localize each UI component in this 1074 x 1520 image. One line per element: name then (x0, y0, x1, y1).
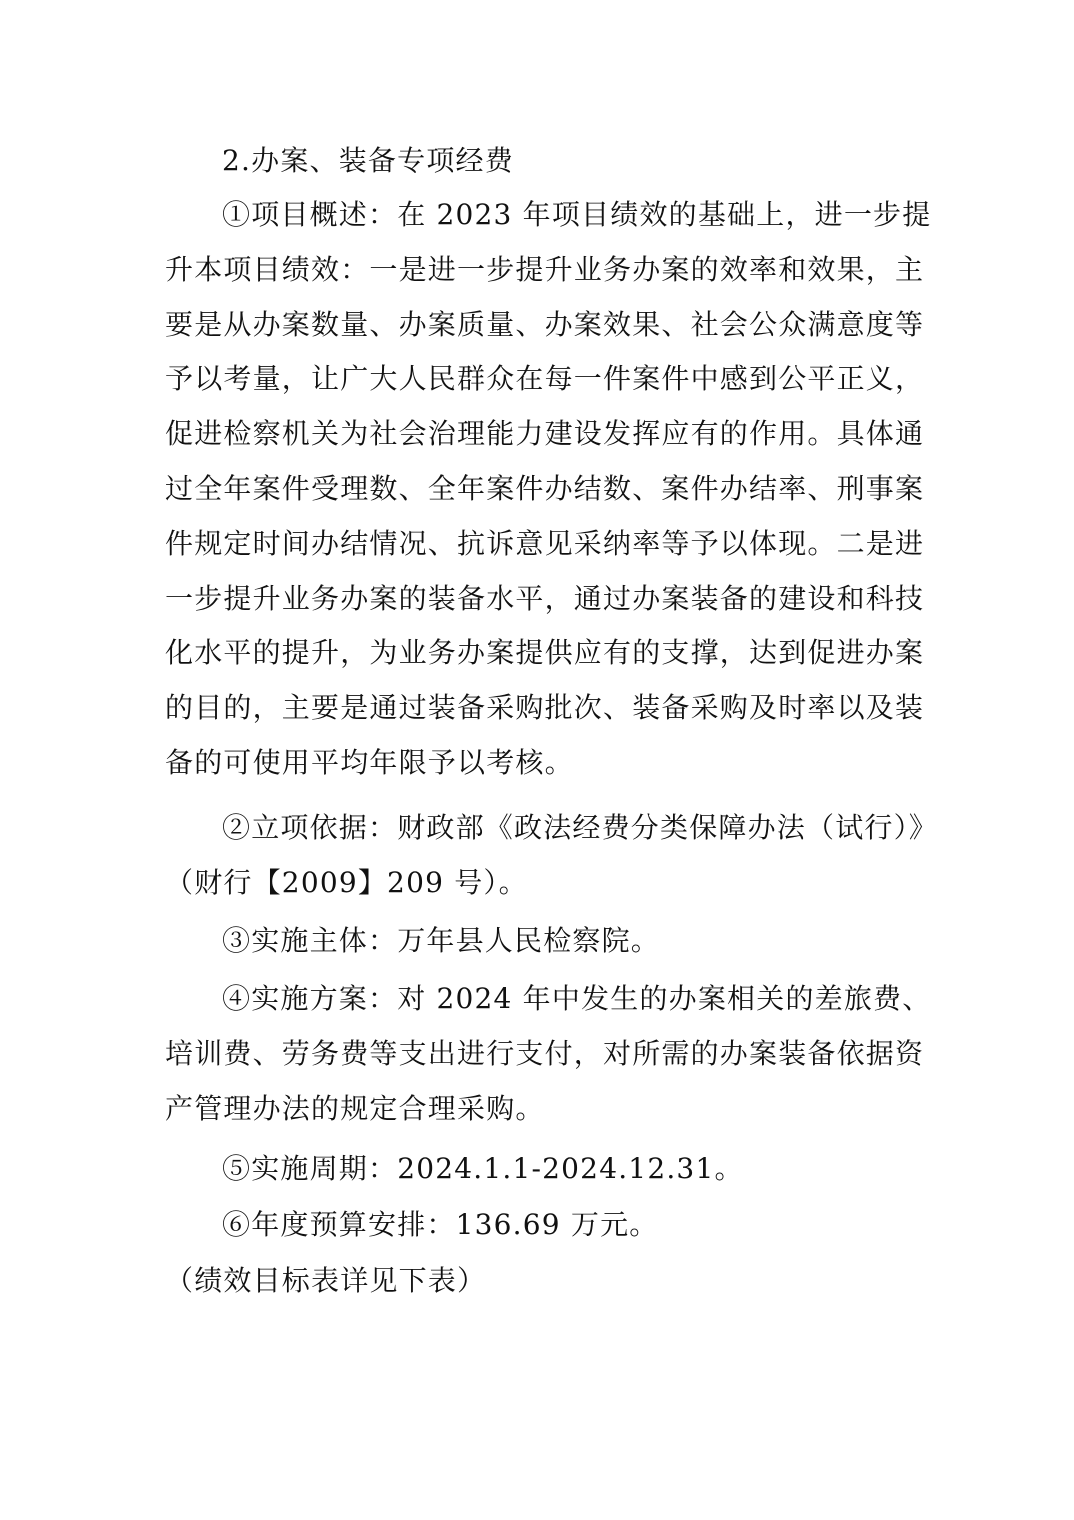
document-page: 2.办案、装备专项经费 ①项目概述：在 2023 年项目绩效的基础上，进一步提 … (0, 0, 1074, 1520)
entity-line: ③实施主体：万年县人民检察院。 (222, 921, 913, 961)
period-line: ⑤实施周期：2024.1.1-2024.12.31。 (222, 1149, 913, 1189)
plan-line: 培训费、劳务费等支出进行支付，对所需的办案装备依据资 (165, 1034, 913, 1074)
overview-line: 一步提升业务办案的装备水平，通过办案装备的建设和科技 (165, 579, 913, 619)
basis-line: （财行【2009】209 号）。 (165, 863, 913, 903)
overview-line: 予以考量，让广大人民群众在每一件案件中感到公平正义， (165, 359, 913, 399)
overview-line: ①项目概述：在 2023 年项目绩效的基础上，进一步提 (222, 195, 913, 235)
table-note: （绩效目标表详见下表） (165, 1261, 913, 1301)
overview-line: 化水平的提升，为业务办案提供应有的支撑，达到促进办案 (165, 633, 913, 673)
basis-line: ②立项依据：财政部《政法经费分类保障办法（试行）》 (222, 808, 913, 848)
overview-line: 件规定时间办结情况、抗诉意见采纳率等予以体现。二是进 (165, 524, 913, 564)
overview-line: 备的可使用平均年限予以考核。 (165, 743, 913, 783)
budget-line: ⑥年度预算安排：136.69 万元。 (222, 1205, 913, 1245)
plan-line: ④实施方案：对 2024 年中发生的办案相关的差旅费、 (222, 979, 913, 1019)
section-title: 2.办案、装备专项经费 (222, 141, 913, 181)
overview-line: 过全年案件受理数、全年案件办结数、案件办结率、刑事案 (165, 469, 913, 509)
overview-line: 的目的，主要是通过装备采购批次、装备采购及时率以及装 (165, 688, 913, 728)
overview-line: 升本项目绩效：一是进一步提升业务办案的效率和效果，主 (165, 250, 913, 290)
overview-line: 促进检察机关为社会治理能力建设发挥应有的作用。具体通 (165, 414, 913, 454)
overview-line: 要是从办案数量、办案质量、办案效果、社会公众满意度等 (165, 305, 913, 345)
plan-line: 产管理办法的规定合理采购。 (165, 1089, 913, 1129)
